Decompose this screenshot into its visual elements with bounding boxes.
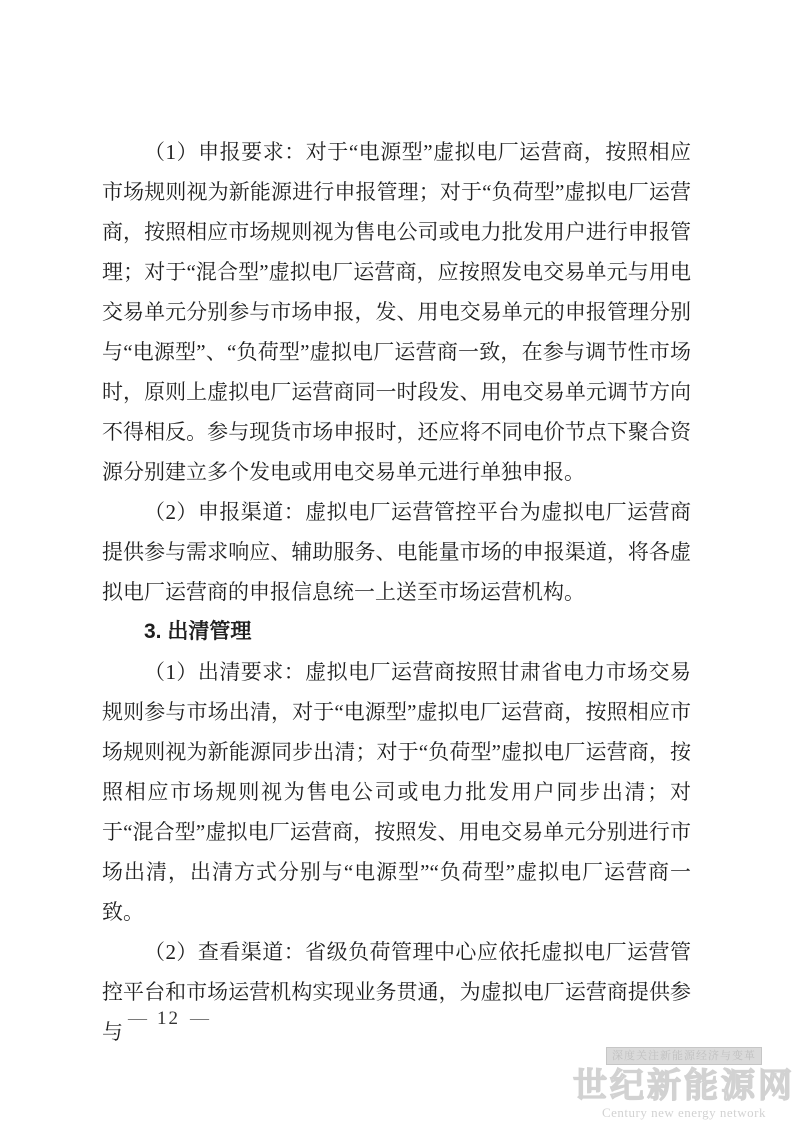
- page-number-dash-right: —: [180, 1008, 219, 1029]
- paragraph-declare-requirements: （1）申报要求：对于“电源型”虚拟电厂运营商，按照相应市场规则视为新能源进行申报…: [102, 132, 691, 492]
- watermark-tagline: 深度关注新能源经济与变革: [606, 1047, 762, 1065]
- watermark-title: 世纪新能源网: [568, 1067, 800, 1105]
- document-page: （1）申报要求：对于“电源型”虚拟电厂运营商，按照相应市场规则视为新能源进行申报…: [0, 0, 800, 1131]
- paragraph-view-channel: （2）查看渠道：省级负荷管理中心应依托虚拟电厂运营管控平台和市场运营机构实现业务…: [102, 932, 691, 1052]
- page-number: —12—: [118, 1006, 219, 1032]
- paragraph-clearing-requirements: （1）出清要求：虚拟电厂运营商按照甘肃省电力市场交易规则参与市场出清，对于“电源…: [102, 652, 691, 932]
- section-heading-clearing-management: 3. 出清管理: [102, 612, 691, 652]
- page-number-dash-left: —: [118, 1008, 157, 1029]
- page-number-value: 12: [157, 1008, 180, 1029]
- document-body: （1）申报要求：对于“电源型”虚拟电厂运营商，按照相应市场规则视为新能源进行申报…: [102, 132, 691, 1052]
- watermark: 深度关注新能源经济与变革 世纪新能源网 Century new energy n…: [568, 1046, 800, 1121]
- watermark-subtitle: Century new energy network: [568, 1105, 800, 1121]
- paragraph-declare-channel: （2）申报渠道：虚拟电厂运营管控平台为虚拟电厂运营商提供参与需求响应、辅助服务、…: [102, 492, 691, 612]
